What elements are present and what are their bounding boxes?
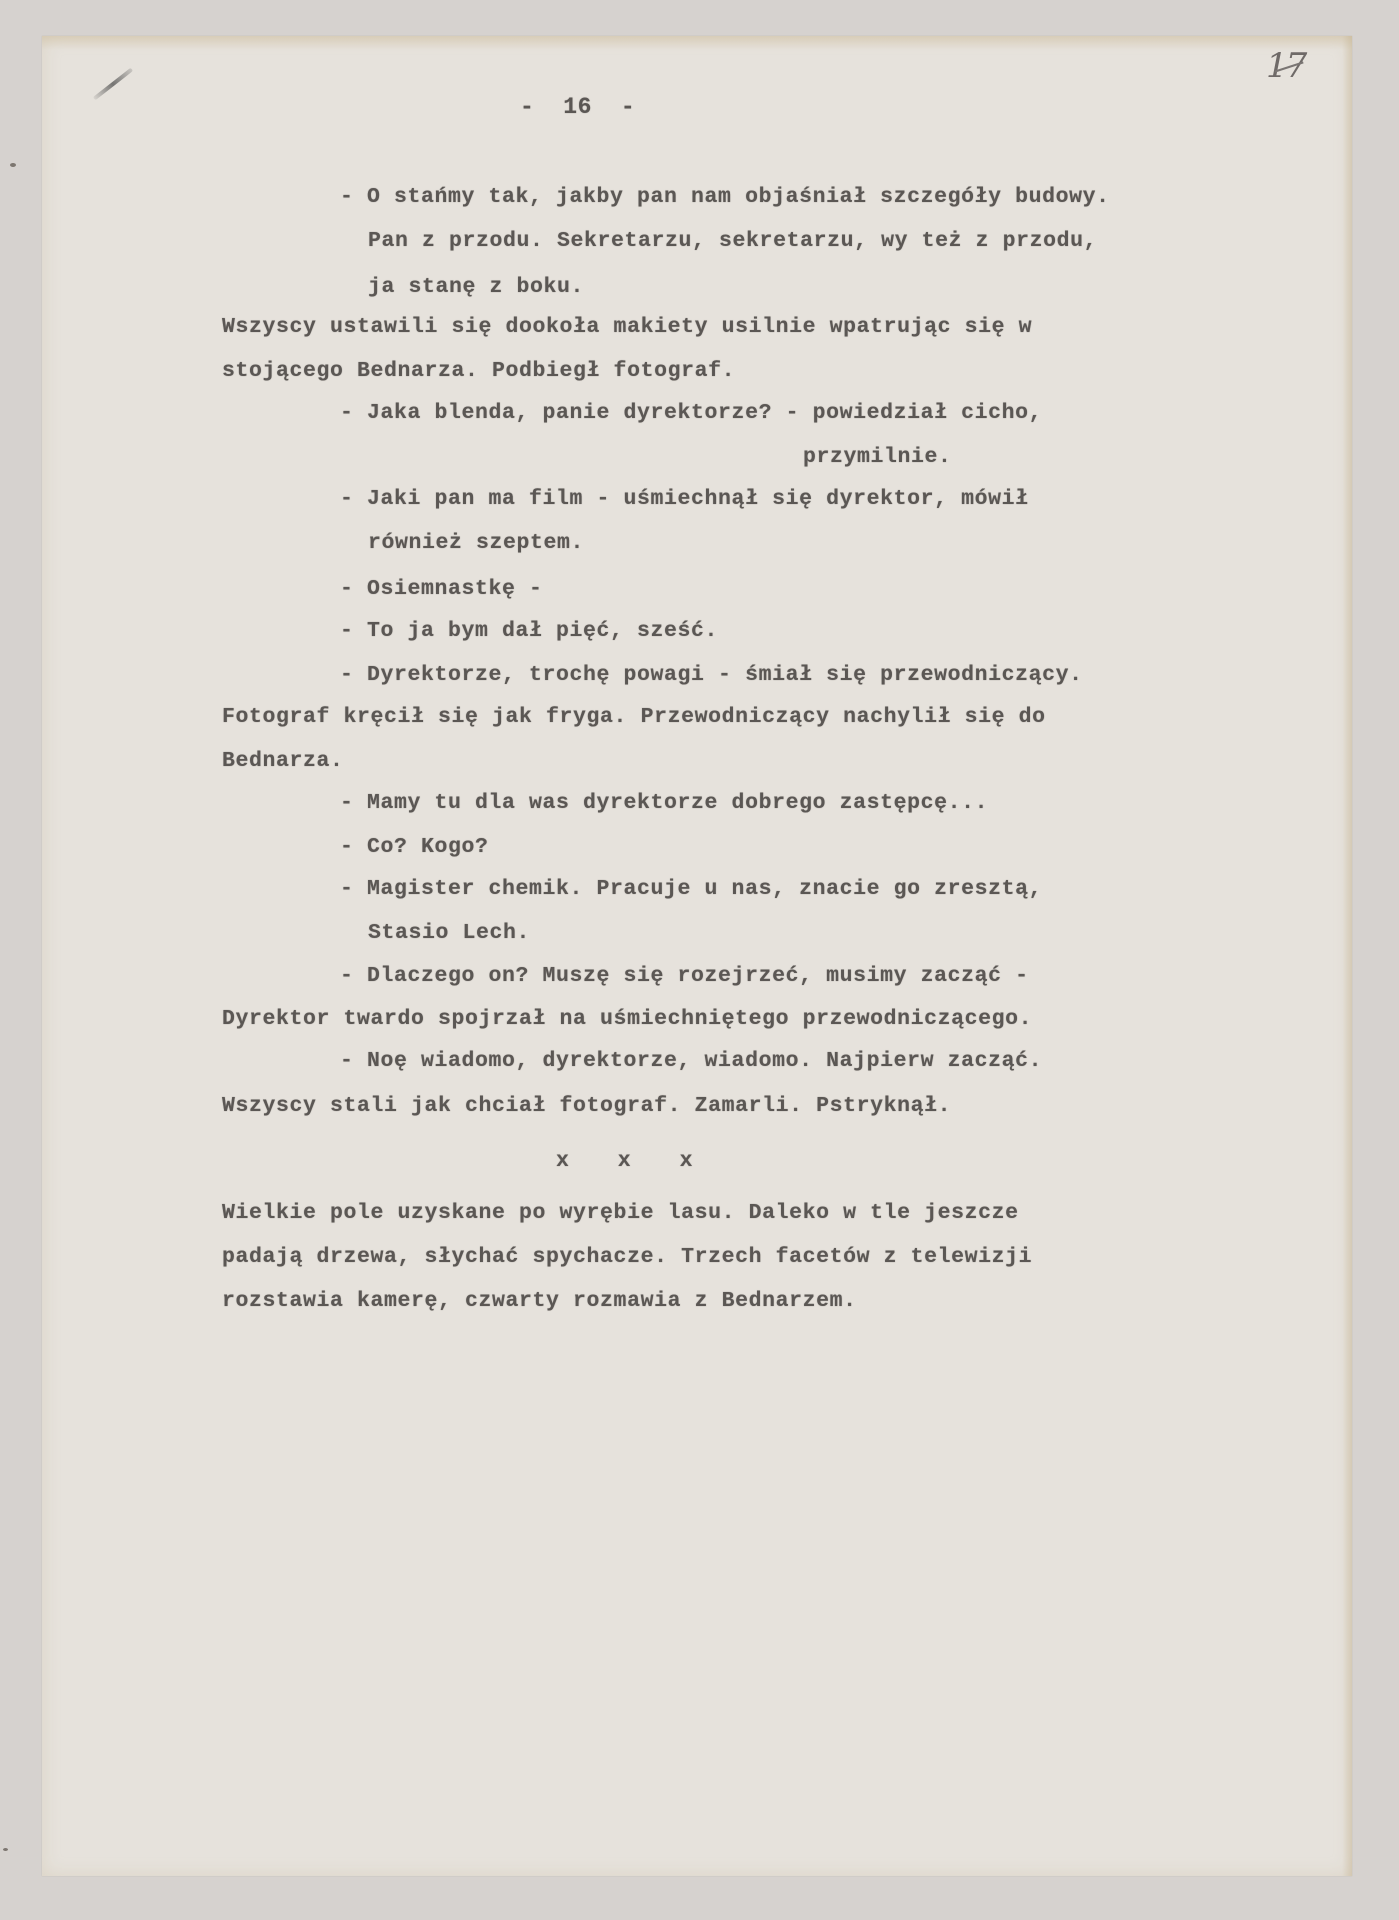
text-line: - Noę wiadomo, dyrektorze, wiadomo. Najp… xyxy=(340,1048,1042,1074)
typewritten-page: 17 - 16 - - O stańmy tak, jakby pan nam … xyxy=(42,36,1352,1876)
backdrop-speck xyxy=(10,163,16,167)
text-line: - Magister chemik. Pracuje u nas, znacie… xyxy=(340,876,1042,902)
text-line: - Jaki pan ma film - uśmiechnął się dyre… xyxy=(340,486,1029,512)
text-line: padają drzewa, słychać spychacze. Trzech… xyxy=(222,1244,1032,1270)
text-line: - Dlaczego on? Muszę się rozejrzeć, musi… xyxy=(340,963,1029,989)
text-line: Stasio Lech. xyxy=(368,920,530,946)
text-line: - To ja bym dał pięć, sześć. xyxy=(340,618,718,644)
section-break: x x x xyxy=(556,1148,711,1174)
text-line: przymilnie. xyxy=(803,444,952,470)
text-line: - Jaka blenda, panie dyrektorze? - powie… xyxy=(340,400,1042,426)
text-line: - Osiemnastkę - xyxy=(340,576,543,602)
text-line: ja stanę z boku. xyxy=(368,274,584,300)
text-line: Wszyscy stali jak chciał fotograf. Zamar… xyxy=(222,1093,951,1119)
text-line: - Dyrektorze, trochę powagi - śmiał się … xyxy=(340,662,1083,688)
text-line: Pan z przodu. Sekretarzu, sekretarzu, wy… xyxy=(368,228,1097,254)
text-line: - Co? Kogo? xyxy=(340,834,489,860)
pencil-mark xyxy=(93,68,133,101)
text-line: - Mamy tu dla was dyrektorze dobrego zas… xyxy=(340,790,988,816)
backdrop-speck xyxy=(3,1848,8,1851)
text-line: Bednarza. xyxy=(222,748,344,774)
text-line: również szeptem. xyxy=(368,530,584,556)
page-number: - 16 - xyxy=(520,94,635,120)
text-line: - O stańmy tak, jakby pan nam objaśniał … xyxy=(340,184,1110,210)
text-line: Fotograf kręcił się jak fryga. Przewodni… xyxy=(222,704,1046,730)
text-line: Wielkie pole uzyskane po wyrębie lasu. D… xyxy=(222,1200,1019,1226)
text-line: rozstawia kamerę, czwarty rozmawia z Bed… xyxy=(222,1288,857,1314)
text-line: Wszyscy ustawili się dookoła makiety usi… xyxy=(222,314,1032,340)
text-line: Dyrektor twardo spojrzał na uśmiechnięte… xyxy=(222,1006,1032,1032)
text-line: stojącego Bednarza. Podbiegł fotograf. xyxy=(222,358,735,384)
